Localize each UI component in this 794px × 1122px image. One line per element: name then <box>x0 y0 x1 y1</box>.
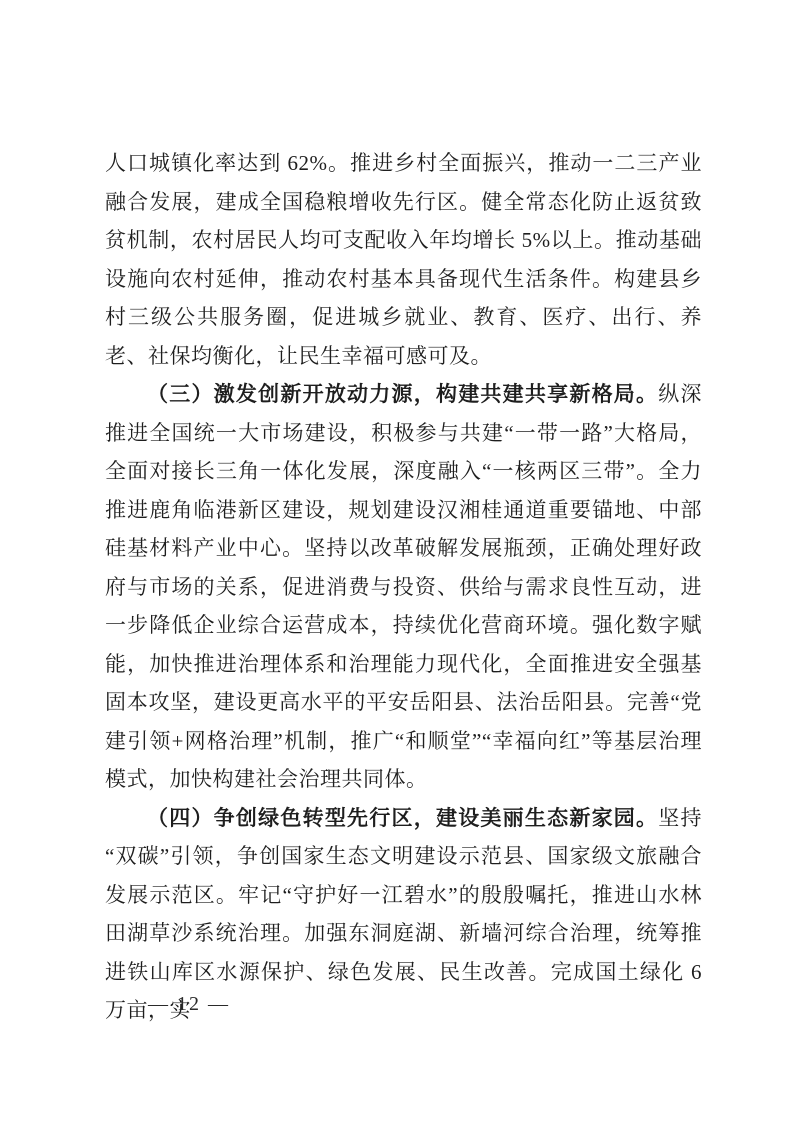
paragraph-text: 人口城镇化率达到 62%。推进乡村全面振兴，推动一二三产业融合发展，建成全国稳粮… <box>105 151 702 368</box>
paragraph: 人口城镇化率达到 62%。推进乡村全面振兴，推动一二三产业融合发展，建成全国稳粮… <box>105 144 702 375</box>
page-number: — 12 — <box>148 993 230 1016</box>
paragraph: （三）激发创新开放动力源，构建共建共享新格局。纵深推进全国统一大市场建设，积极参… <box>105 375 702 799</box>
document-page: 人口城镇化率达到 62%。推进乡村全面振兴，推动一二三产业融合发展，建成全国稳粮… <box>0 0 794 1122</box>
document-body: 人口城镇化率达到 62%。推进乡村全面振兴，推动一二三产业融合发展，建成全国稳粮… <box>105 144 702 1030</box>
section-heading-3: （三）激发创新开放动力源，构建共建共享新格局。 <box>147 382 658 406</box>
paragraph-text: 坚持“双碳”引领，争创国家生态文明建设示范县、国家级文旅融合发展示范区。牢记“守… <box>105 806 702 1023</box>
paragraph-text: 纵深推进全国统一大市场建设，积极参与共建“一带一路”大格局，全面对接长三角一体化… <box>105 382 702 791</box>
section-heading-4: （四）争创绿色转型先行区，建设美丽生态新家园。 <box>147 806 658 830</box>
